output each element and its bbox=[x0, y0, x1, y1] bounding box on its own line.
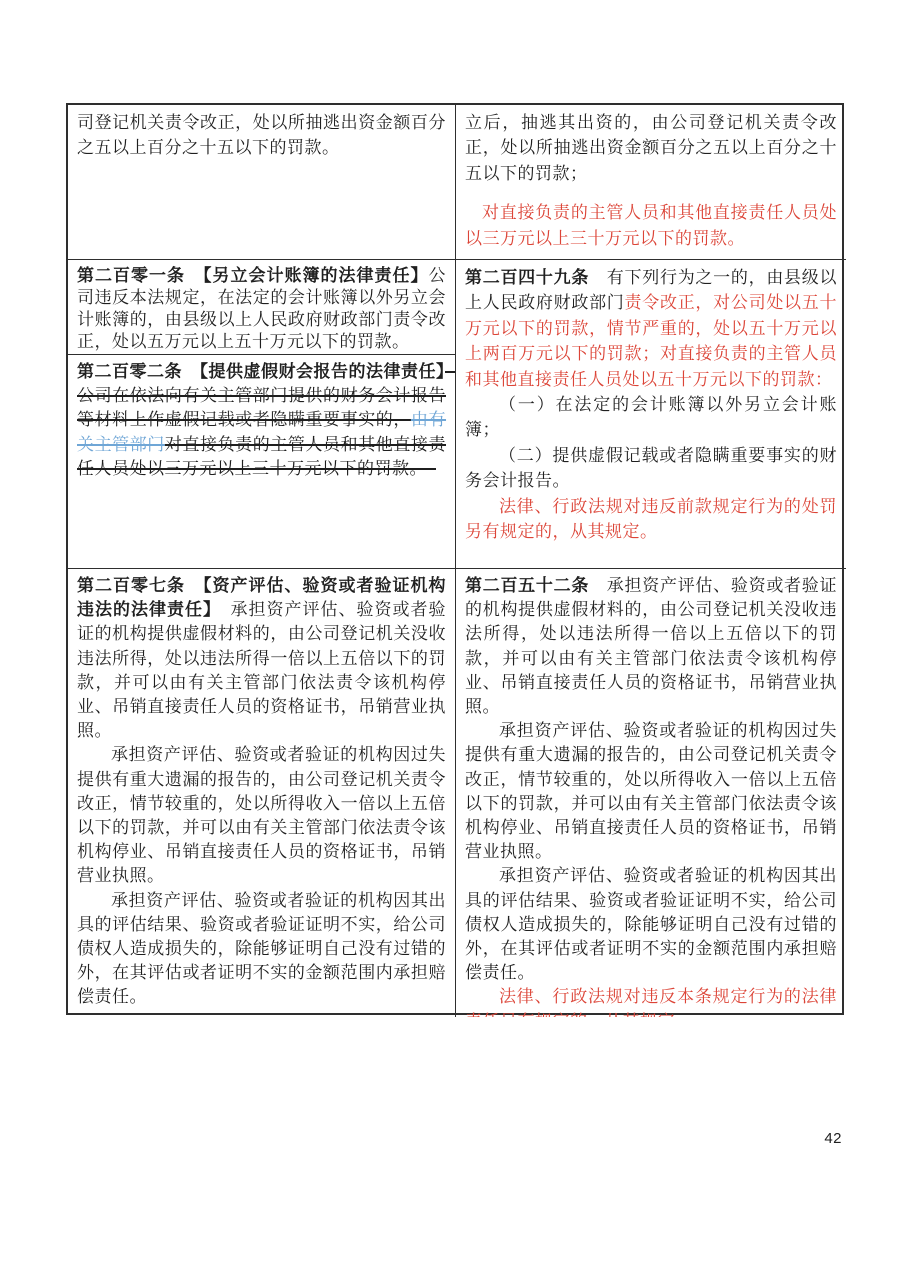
text-run: 承担资产评估、验资或者验证的机构提供虚假材料的，由公司登记机关没收违法所得，处以… bbox=[77, 600, 446, 740]
text-run: （二）提供虚假记载或者隐瞒重要事实的财务会计报告。 bbox=[465, 446, 837, 490]
law-comparison-table: 司登记机关责令改正，处以所抽逃出资金额百分之五以上百分之十五以下的罚款。 立后，… bbox=[66, 103, 844, 1015]
text-run: 第二百四十九条 bbox=[465, 268, 589, 287]
text-run: 承担资产评估、验资或者验证的机构因其出具的评估结果、验资或者验证证明不实，给公司… bbox=[465, 866, 837, 982]
text-run: 第二百零二条 【提供虚假财会报告的法律责任】 bbox=[77, 362, 445, 381]
text-run: 承担资产评估、验资或者验证的机构因其出具的评估结果、验资或者验证证明不实，给公司… bbox=[77, 891, 446, 1007]
page-number: 42 bbox=[824, 1130, 842, 1147]
paragraph: 第二百零一条 【另立会计账簿的法律责任】公司违反本法规定，在法定的会计账簿以外另… bbox=[77, 265, 446, 353]
paragraph: （一）在法定的会计账簿以外另立会计账簿； bbox=[465, 392, 837, 443]
text-run: 法律、行政法规对违反前款规定行为的处罚另有规定的，从其规定。 bbox=[465, 497, 837, 541]
table-cell-row1-new-law: 立后，抽逃其出资的，由公司登记机关责令改正，处以所抽逃出资金额百分之五以上百分之… bbox=[456, 105, 846, 260]
table-cell-row1-old-law: 司登记机关责令改正，处以所抽逃出资金额百分之五以上百分之十五以下的罚款。 bbox=[68, 105, 456, 260]
paragraph: 立后，抽逃其出资的，由公司登记机关责令改正，处以所抽逃出资金额百分之五以上百分之… bbox=[465, 110, 837, 186]
paragraph: 承担资产评估、验资或者验证的机构因过失提供有重大遗漏的报告的，由公司登记机关责令… bbox=[465, 719, 837, 864]
paragraph: 法律、行政法规对违反本条规定行为的法律责任另有规定的，从其规定。 bbox=[465, 985, 837, 1017]
paragraph: 法律、行政法规对违反前款规定行为的处罚另有规定的，从其规定。 bbox=[465, 494, 837, 545]
document-page: 司登记机关责令改正，处以所抽逃出资金额百分之五以上百分之十五以下的罚款。 立后，… bbox=[0, 0, 900, 1273]
paragraph: （二）提供虚假记载或者隐瞒重要事实的财务会计报告。 bbox=[465, 443, 837, 494]
table-cell-article-207: 第二百零七条 【资产评估、验资或者验证机构违法的法律责任】 承担资产评估、验资或… bbox=[68, 569, 456, 1017]
text-run: （一）在法定的会计账簿以外另立会计账簿； bbox=[465, 395, 837, 439]
text-run: 第二百零一条 【另立会计账簿的法律责任】 bbox=[77, 266, 429, 285]
paragraph: 对直接负责的主管人员和其他直接责任人员处以三万元以上三十万元以下的罚款。 bbox=[465, 200, 837, 251]
text-run: 承担资产评估、验资或者验证的机构因过失提供有重大遗漏的报告的，由公司登记机关责令… bbox=[465, 721, 837, 861]
text-run: 立后，抽逃其出资的，由公司登记机关责令改正，处以所抽逃出资金额百分之五以上百分之… bbox=[465, 113, 837, 183]
table-cell-article-201: 第二百零一条 【另立会计账簿的法律责任】公司违反本法规定，在法定的会计账簿以外另… bbox=[68, 260, 456, 355]
text-run: 承担资产评估、验资或者验证的机构提供虚假材料的，由公司登记机关没收违法所得，处以… bbox=[465, 576, 837, 716]
text-run: 法律、行政法规对违反本条规定行为的法律责任另有规定的，从其规定。 bbox=[465, 987, 837, 1017]
table-cell-article-249: 第二百四十九条 有下列行为之一的，由县级以上人民政府财政部门责令改正，对公司处以… bbox=[456, 260, 846, 569]
text-run: 司登记机关责令改正，处以所抽逃出资金额百分之五以上百分之十五以下的罚款。 bbox=[77, 113, 446, 157]
text-run: 承担资产评估、验资或者验证的机构因过失提供有重大遗漏的报告的，由公司登记机关责令… bbox=[77, 745, 446, 885]
paragraph: 承担资产评估、验资或者验证的机构因过失提供有重大遗漏的报告的，由公司登记机关责令… bbox=[77, 743, 446, 888]
text-run: 第二百五十二条 bbox=[465, 576, 589, 595]
paragraph: 承担资产评估、验资或者验证的机构因其出具的评估结果、验资或者验证证明不实，给公司… bbox=[77, 889, 446, 1010]
paragraph: 第二百零二条 【提供虚假财会报告的法律责任】 公司在依法向有关主管部门提供的财务… bbox=[77, 360, 446, 481]
paragraph: 第二百零七条 【资产评估、验资或者验证机构违法的法律责任】 承担资产评估、验资或… bbox=[77, 574, 446, 743]
paragraph: 司登记机关责令改正，处以所抽逃出资金额百分之五以上百分之十五以下的罚款。 bbox=[77, 110, 446, 161]
table-cell-article-202: 第二百零二条 【提供虚假财会报告的法律责任】 公司在依法向有关主管部门提供的财务… bbox=[68, 355, 456, 569]
table-cell-article-252: 第二百五十二条 承担资产评估、验资或者验证的机构提供虚假材料的，由公司登记机关没… bbox=[456, 569, 846, 1017]
text-run: 对直接负责的主管人员和其他直接责任人员处以三万元以上三十万元以下的罚款。 bbox=[465, 203, 837, 247]
paragraph: 第二百四十九条 有下列行为之一的，由县级以上人民政府财政部门责令改正，对公司处以… bbox=[465, 265, 837, 392]
paragraph: 第二百五十二条 承担资产评估、验资或者验证的机构提供虚假材料的，由公司登记机关没… bbox=[465, 574, 837, 719]
paragraph: 承担资产评估、验资或者验证的机构因其出具的评估结果、验资或者验证证明不实，给公司… bbox=[465, 864, 837, 985]
